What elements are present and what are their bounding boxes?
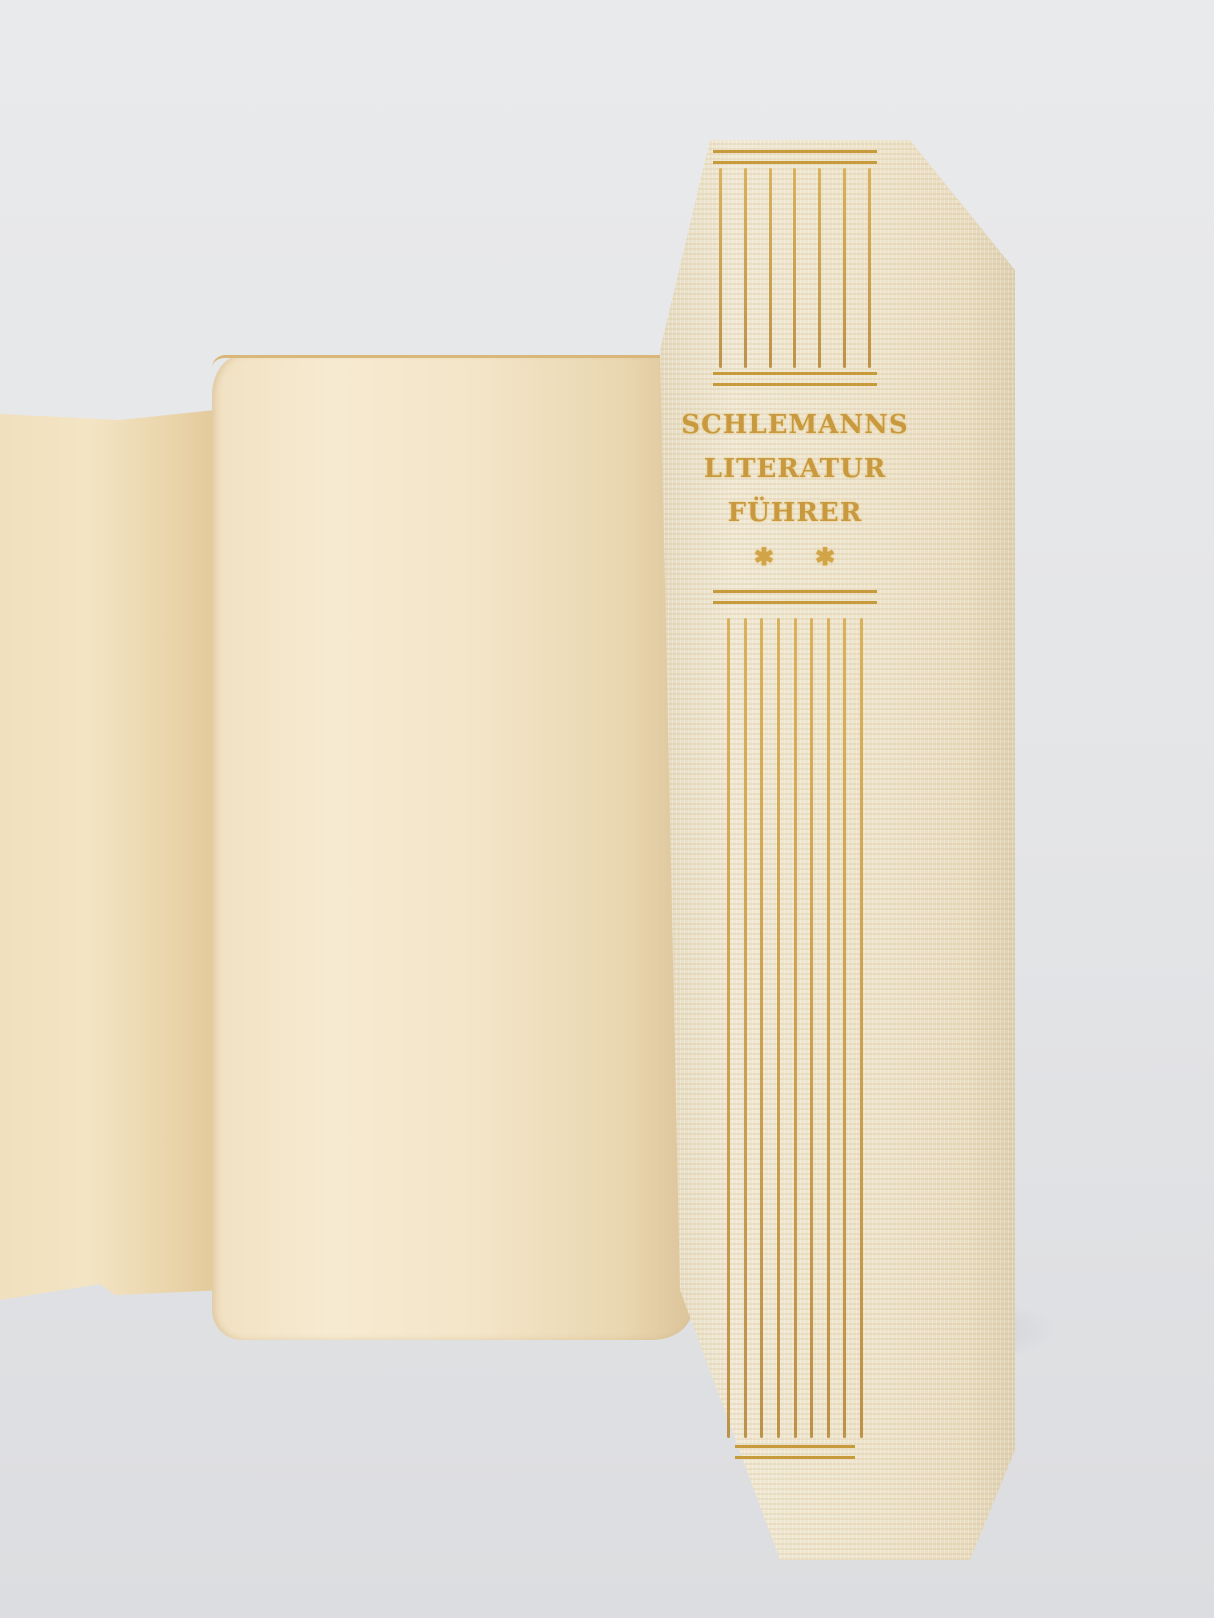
spine-ornaments: ✱ ✱: [754, 542, 836, 571]
dust-jacket-flap: [0, 410, 225, 1300]
upper-capital-band: [713, 372, 877, 386]
spine-title: SCHLEMANNS LITERATUR FÜHRER ✱ ✱: [705, 410, 885, 571]
dust-jacket-fold: [212, 355, 692, 1340]
column-base-band: [735, 1445, 855, 1459]
spine-title-line-3: FÜHRER: [728, 498, 863, 528]
spine-title-line-1: SCHLEMANNS: [681, 410, 908, 440]
book-spine: SCHLEMANNS LITERATUR FÜHRER ✱ ✱: [705, 140, 885, 1540]
top-column-flutes: [719, 168, 871, 368]
lower-column-flutes: [727, 618, 863, 1438]
star-ornament-icon: ✱: [815, 542, 836, 571]
star-ornament-icon: ✱: [754, 542, 775, 571]
photo-scene: SCHLEMANNS LITERATUR FÜHRER ✱ ✱: [0, 0, 1214, 1618]
lower-capital-band: [713, 590, 877, 604]
spine-title-line-2: LITERATUR: [704, 454, 887, 484]
top-band: [713, 150, 877, 164]
